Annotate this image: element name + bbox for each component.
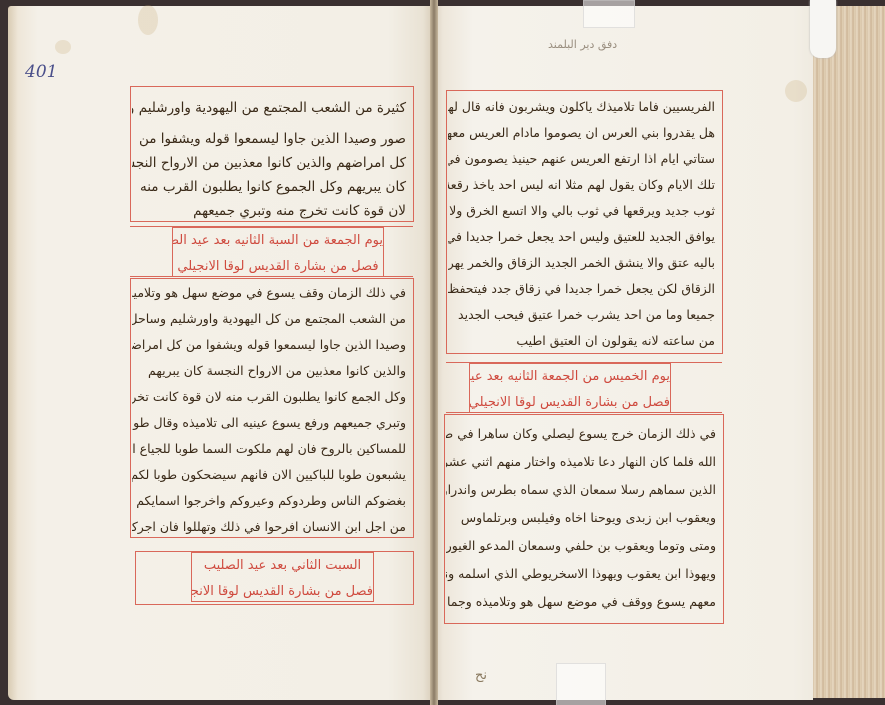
text-line: لان قوة كانت تخرج منه وتبري جميعهم: [132, 199, 410, 223]
text-line: كثيرة من الشعب المجتمع من اليهودية واورش…: [132, 90, 410, 127]
stain: [785, 80, 807, 102]
rubric-line: يوم الخميس من الجمعة الثانيه بعد عيد الص…: [470, 364, 670, 390]
ruling-line: [130, 276, 413, 277]
left-rubric-heading-1: يوم الجمعة من السبة الثانيه بعد عيد الصل…: [172, 227, 384, 277]
text-line: من اجل ابن الانسان افرحوا في ذلك وتهللوا…: [132, 514, 410, 540]
text-line: ومتى وتوما ويعقوب بن حلفي وسمعان المدعو …: [446, 532, 720, 560]
text-line: للمساكين بالروح فان لهم ملكوت السما طوبا…: [132, 436, 410, 462]
ownership-note: دفق دير البلمند: [548, 38, 617, 51]
page-fore-edge: [813, 6, 885, 698]
text-line: يشبعون طوبا للباكيين الان فانهم سيضحكون …: [132, 462, 410, 488]
catchword: نح: [475, 668, 487, 683]
left-middle-text-block: في ذلك الزمان وقف يسوع في موضع سهل هو وت…: [132, 280, 410, 540]
folio-number: 401: [25, 62, 57, 82]
right-top-text-block: الفريسيين فاما تلاميذك ياكلون ويشربون فا…: [448, 94, 719, 354]
text-line: ستاتي ايام اذا ارتفع العريس عنهم حينيذ ي…: [448, 146, 719, 172]
text-line: كل امراضهم والذين كانوا معذبين من الاروا…: [132, 151, 410, 175]
ruling-line: [446, 412, 722, 413]
text-line: كان يبريهم وكل الجموع كانوا يطلبون القرب…: [132, 175, 410, 199]
bookmark-strip: [810, 0, 836, 58]
text-line: هل يقدروا بني العرس ان يصوموا مادام العر…: [448, 120, 719, 146]
text-line: الذين سماهم رسلا سمعان الذي سماه بطرس وا…: [446, 476, 720, 504]
text-line: باليه عتق والا ينشق الخمر الجديد الزقاق …: [448, 250, 719, 276]
text-line: بغضوكم الناس وطردوكم وعيروكم واخرجوا اسم…: [132, 488, 410, 514]
stain: [138, 5, 158, 35]
left-top-text-block: كثيرة من الشعب المجتمع من اليهودية واورش…: [132, 90, 410, 223]
text-line: والذين كانوا معذبين من الارواح النجسة كا…: [132, 358, 410, 384]
text-line: من الشعب المجتمع من كل اليهودية واورشليم…: [132, 306, 410, 332]
right-rubric-heading-1: يوم الخميس من الجمعة الثانيه بعد عيد الص…: [469, 363, 671, 413]
text-line: في ذلك الزمان وقف يسوع في موضع سهل هو وت…: [132, 280, 410, 306]
text-line: يوافق الجديد للعتيق وليس احد يجعل خمرا ج…: [448, 224, 719, 250]
right-bottom-text-block: في ذلك الزمان خرج يسوع ليصلي وكان ساهرا …: [446, 420, 720, 616]
text-line: وكل الجمع كانوا يطلبون القرب منه لان قوة…: [132, 384, 410, 410]
rubric-line: يوم الجمعة من السبة الثانيه بعد عيد الصل…: [173, 228, 383, 254]
text-line: صور وصيدا الذين جاوا ليسمعوا قوله ويشفوا…: [132, 127, 410, 151]
text-line: ويعقوب ابن زبدى ويوحنا اخاه وفيلبس وبرتل…: [446, 504, 720, 532]
text-line: وتبري جميعهم ورفع يسوع عينيه الى تلاميذه…: [132, 410, 410, 436]
text-line: ويهوذا ابن يعقوب ويهوذا الاسخريوطي الذي …: [446, 560, 720, 588]
text-line: الزقاق لكن يجعل خمرا جديدا في زقاق جدد ف…: [448, 276, 719, 302]
text-line: الفريسيين فاما تلاميذك ياكلون ويشربون فا…: [448, 94, 719, 120]
text-line: في ذلك الزمان خرج يسوع ليصلي وكان ساهرا …: [446, 420, 720, 448]
text-line: جميعا وما من احد يشرب خمرا عتيق فيحب الج…: [448, 302, 719, 328]
tape-patch-top: [583, 0, 635, 28]
left-rubric-outer-frame: [135, 551, 414, 605]
text-line: معهم يسوع ووقف في موضع سهل هو وتلاميذه و…: [446, 588, 720, 616]
text-line: تلك الايام وكان يقول لهم مثلا انه ليس اح…: [448, 172, 719, 198]
text-line: وصيدا الذين جاوا ليسمعوا قوله ويشفوا من …: [132, 332, 410, 358]
text-line: الله فلما كان النهار دعا تلاميذه واختار …: [446, 448, 720, 476]
tape-patch-bottom: [556, 663, 606, 705]
book-gutter: [430, 0, 438, 705]
stain: [55, 40, 71, 54]
manuscript-spread: 401 دفق دير البلمند نح كثيرة من الشعب ال…: [0, 0, 885, 705]
text-line: ثوب جديد ويرقعها في ثوب بالي والا اتسع ا…: [448, 198, 719, 224]
text-line: من ساعته لانه يقولون ان العتيق اطيب: [448, 328, 719, 354]
